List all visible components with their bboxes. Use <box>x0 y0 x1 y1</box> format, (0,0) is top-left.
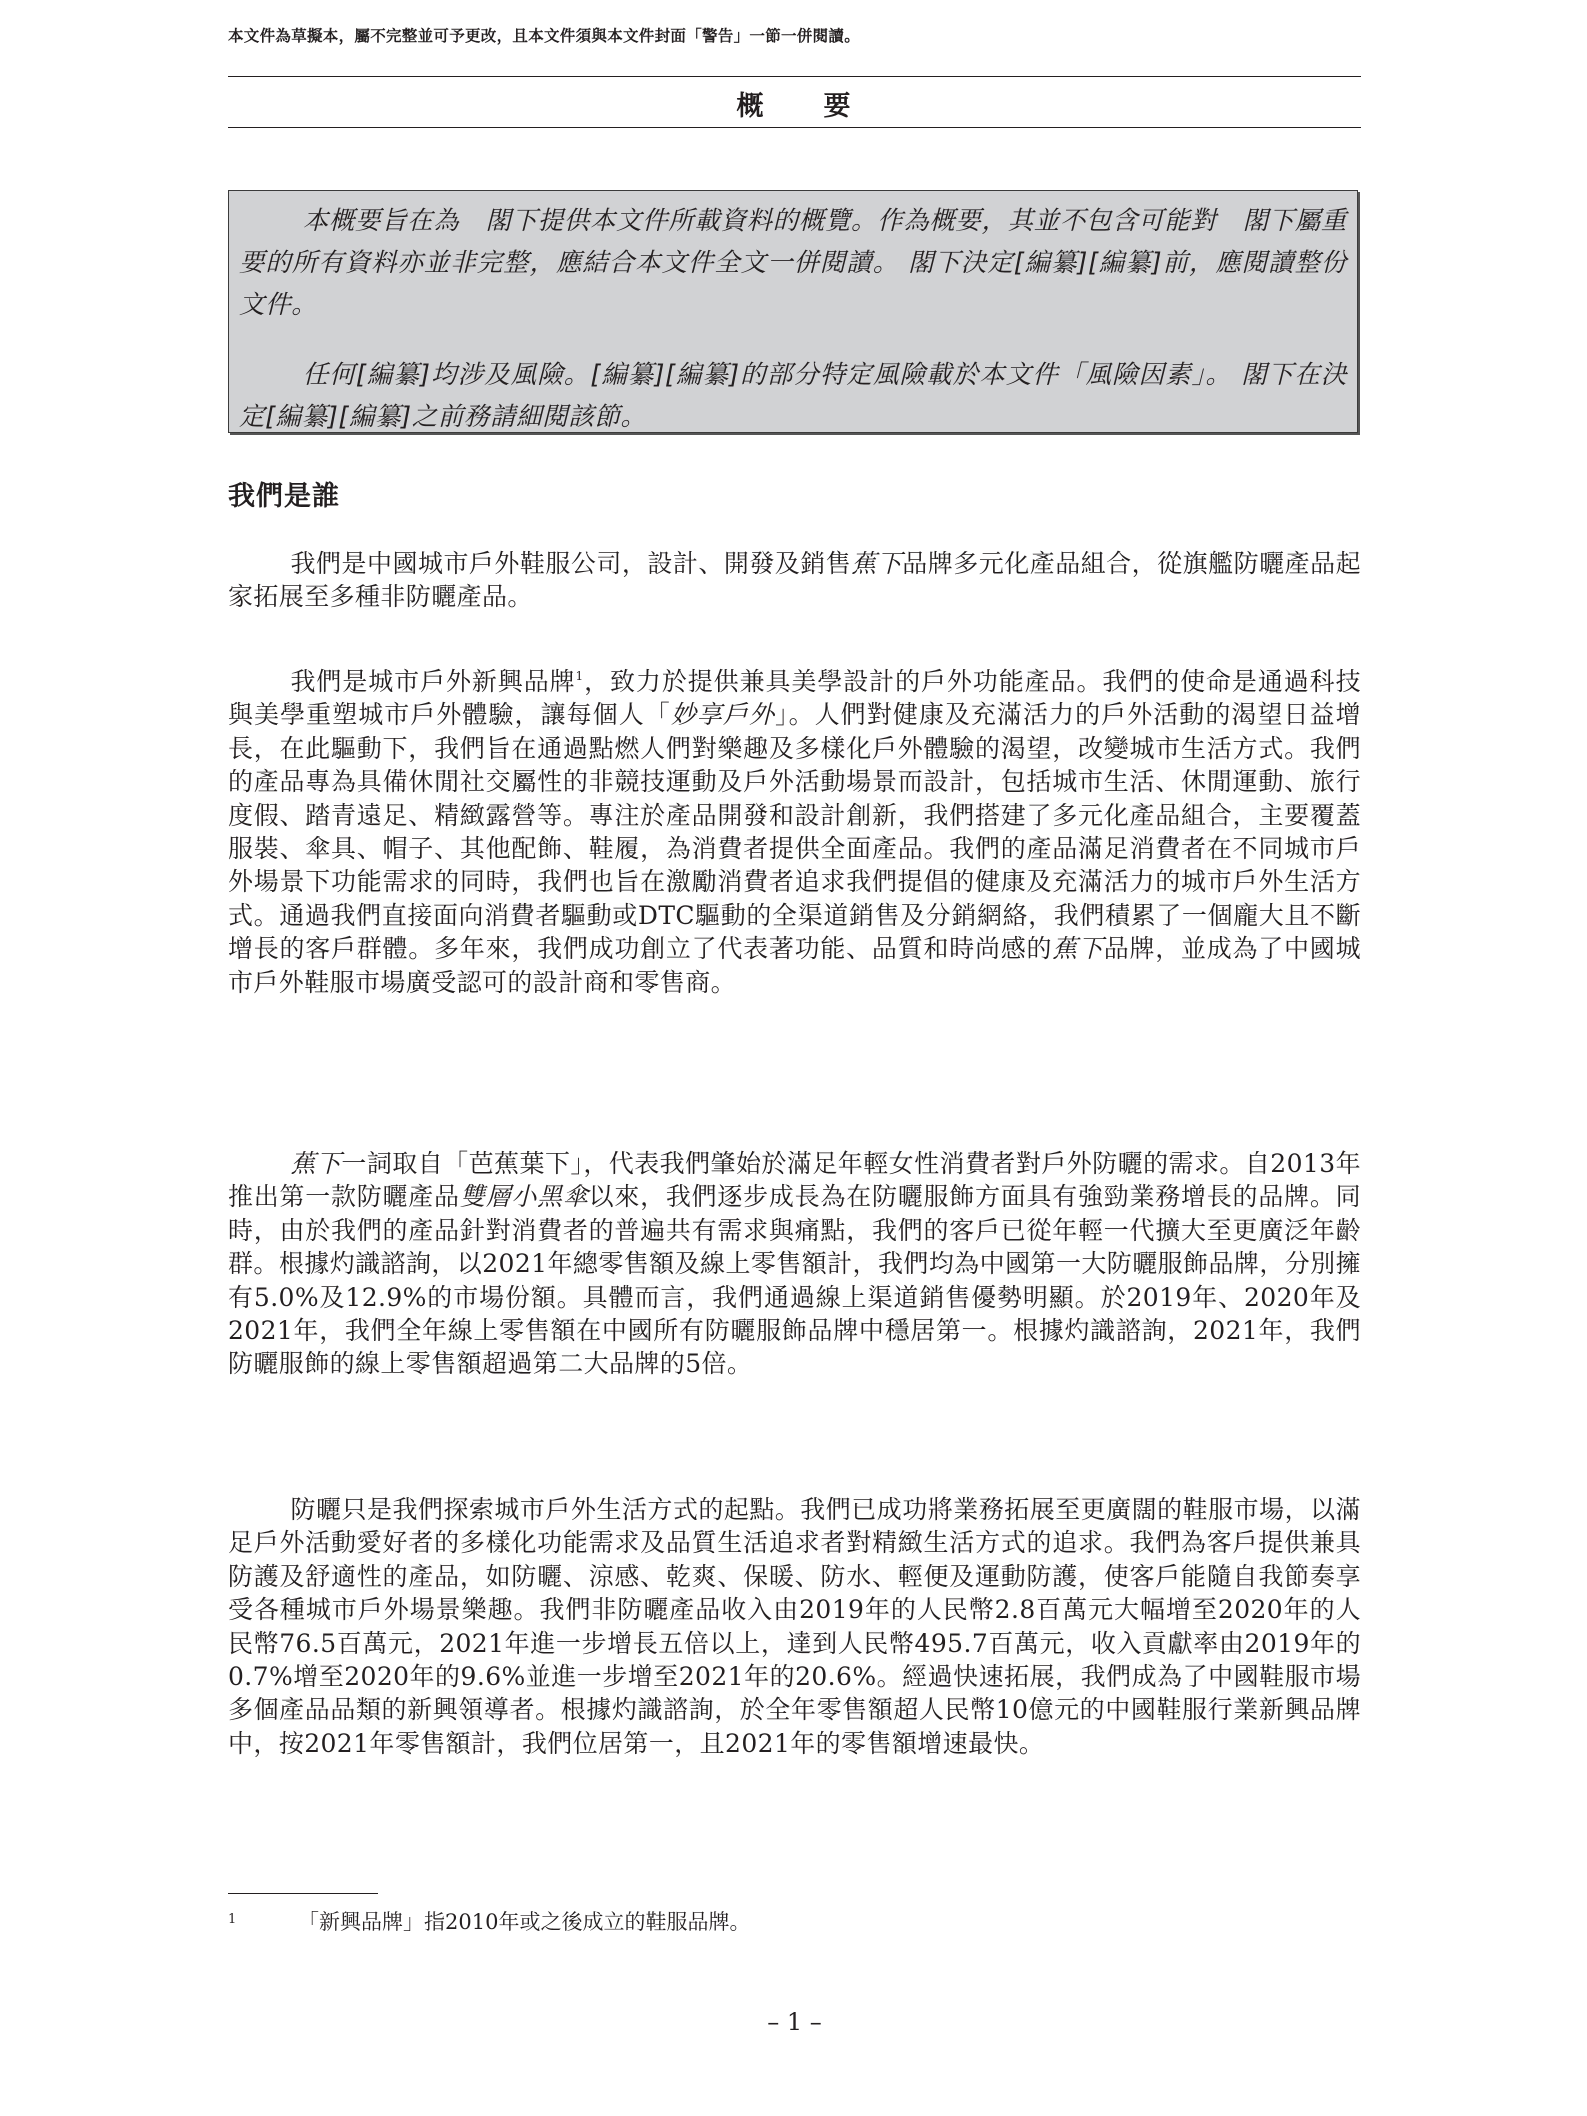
footnote-1: 1「新興品牌」指2010年或之後成立的鞋服品牌。 <box>228 1906 1361 1936</box>
footnote-mark: 1 <box>228 1912 298 1927</box>
paragraph-2: 我們是城市戶外新興品牌1，致力於提供兼具美學設計的戶外功能產品。我們的使命是通過… <box>228 665 1361 999</box>
brand-name: 蕉下 <box>1052 934 1104 963</box>
summary-disclaimer-box: 本概要旨在為 閣下提供本文件所載資料的概覽。作為概要，其並不包含可能對 閣下屬重… <box>228 190 1358 433</box>
text-run: 」。人們對健康及充滿活力的戶外活動的渴望日益增長，在此驅動下，我們旨在通過點燃人… <box>228 700 1361 963</box>
product-name: 雙層小黑傘 <box>460 1182 589 1211</box>
draft-notice: 本文件為草擬本，屬不完整並可予更改，且本文件須與本文件封面「警告」一節一併閱讀。 <box>228 24 1361 46</box>
text-run: 以來，我們逐步成長為在防曬服飾方面具有強勁業務增長的品牌。同時，由於我們的產品針… <box>228 1182 1361 1378</box>
heading-who-we-are: 我們是誰 <box>228 474 340 513</box>
paragraph-1: 我們是中國城市戶外鞋服公司，設計、開發及銷售蕉下品牌多元化產品組合，從旗艦防曬產… <box>228 547 1361 614</box>
brand-slogan: 妙享戶外 <box>671 700 775 729</box>
summary-paragraph-1: 本概要旨在為 閣下提供本文件所載資料的概覽。作為概要，其並不包含可能對 閣下屬重… <box>239 200 1347 326</box>
brand-name: 蕉下 <box>291 1149 342 1178</box>
text-run: 我們是中國城市戶外鞋服公司，設計、開發及銷售 <box>291 549 852 578</box>
section-title: 概要 <box>228 84 1361 123</box>
summary-paragraph-2: 任何[編纂]均涉及風險。[編纂][編纂]的部分特定風險載於本文件「風險因素」。 … <box>239 354 1347 438</box>
page-number: – 1 – <box>228 2008 1361 2036</box>
text-run: 防曬只是我們探索城市戶外生活方式的起點。我們已成功將業務拓展至更廣闊的鞋服市場，… <box>228 1493 1361 1760</box>
header-rule-bottom <box>228 127 1361 128</box>
footnote-reference[interactable]: 1 <box>576 669 584 683</box>
brand-name: 蕉下 <box>851 549 902 578</box>
footnote-text: 「新興品牌」指2010年或之後成立的鞋服品牌。 <box>298 1910 750 1934</box>
header-rule-top <box>228 76 1361 77</box>
paragraph-4: 防曬只是我們探索城市戶外生活方式的起點。我們已成功將業務拓展至更廣闊的鞋服市場，… <box>228 1493 1361 1760</box>
text-run: 我們是城市戶外新興品牌 <box>291 667 576 696</box>
paragraph-3: 蕉下一詞取自「芭蕉葉下」，代表我們肇始於滿足年輕女性消費者對戶外防曬的需求。自2… <box>228 1147 1361 1381</box>
section-title-part2: 要 <box>824 84 853 123</box>
section-title-part1: 概 <box>737 84 766 123</box>
footnote-separator <box>228 1893 378 1894</box>
